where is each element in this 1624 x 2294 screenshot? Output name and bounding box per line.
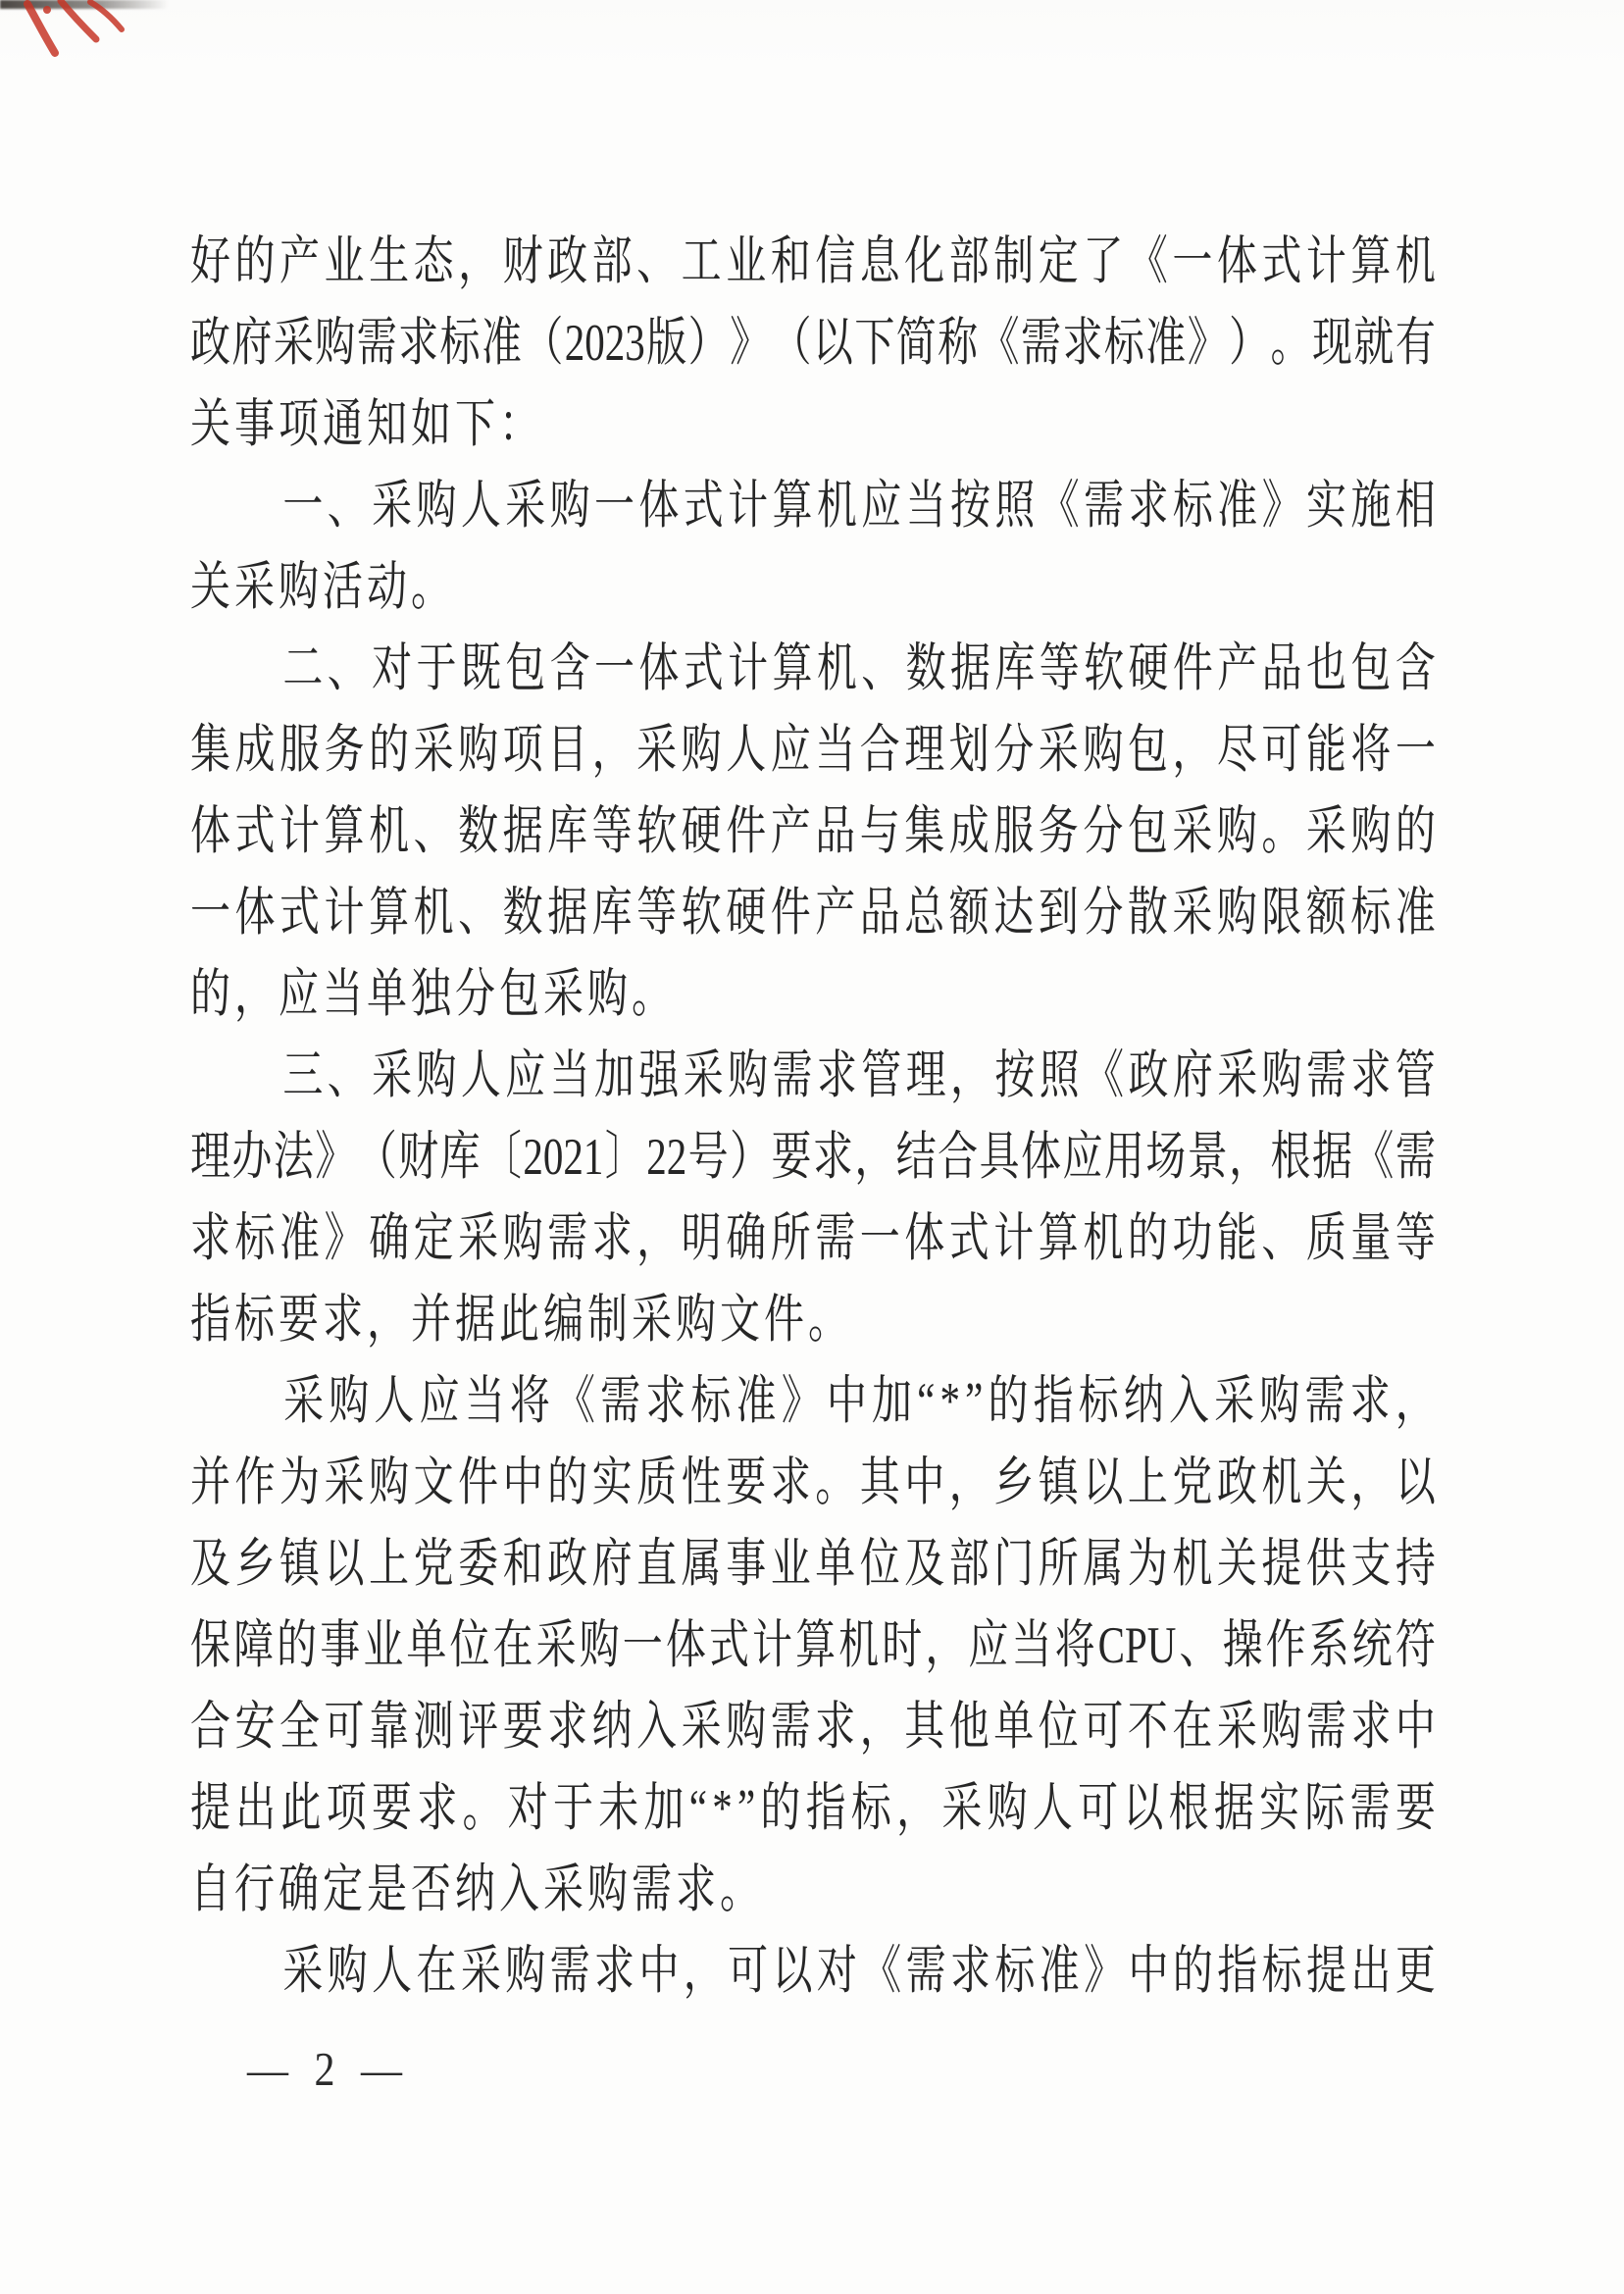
page-background: 好的产业生态，财政部、工业和信息化部制定了《一体式计算机政府采购需求标准（202… bbox=[0, 0, 1624, 2294]
paragraph-indent bbox=[190, 668, 279, 669]
scanned-document-page: { "page": { "number_label": "— 2 —", "ba… bbox=[0, 0, 1624, 2294]
page-number: — 2 — bbox=[247, 2042, 410, 2099]
document-body: 好的产业生态，财政部、工业和信息化部制定了《一体式计算机政府采购需求标准（202… bbox=[190, 221, 1436, 2012]
paragraph-indent bbox=[190, 1075, 279, 1076]
paragraph-indent bbox=[190, 505, 279, 506]
text-line: 采购人在采购需求中，可以对《需求标准》中的指标提出更 bbox=[190, 1918, 1436, 2024]
red-pen-marks bbox=[14, 0, 131, 76]
paragraph-indent bbox=[190, 1401, 279, 1402]
paragraph-indent bbox=[190, 1970, 279, 1971]
